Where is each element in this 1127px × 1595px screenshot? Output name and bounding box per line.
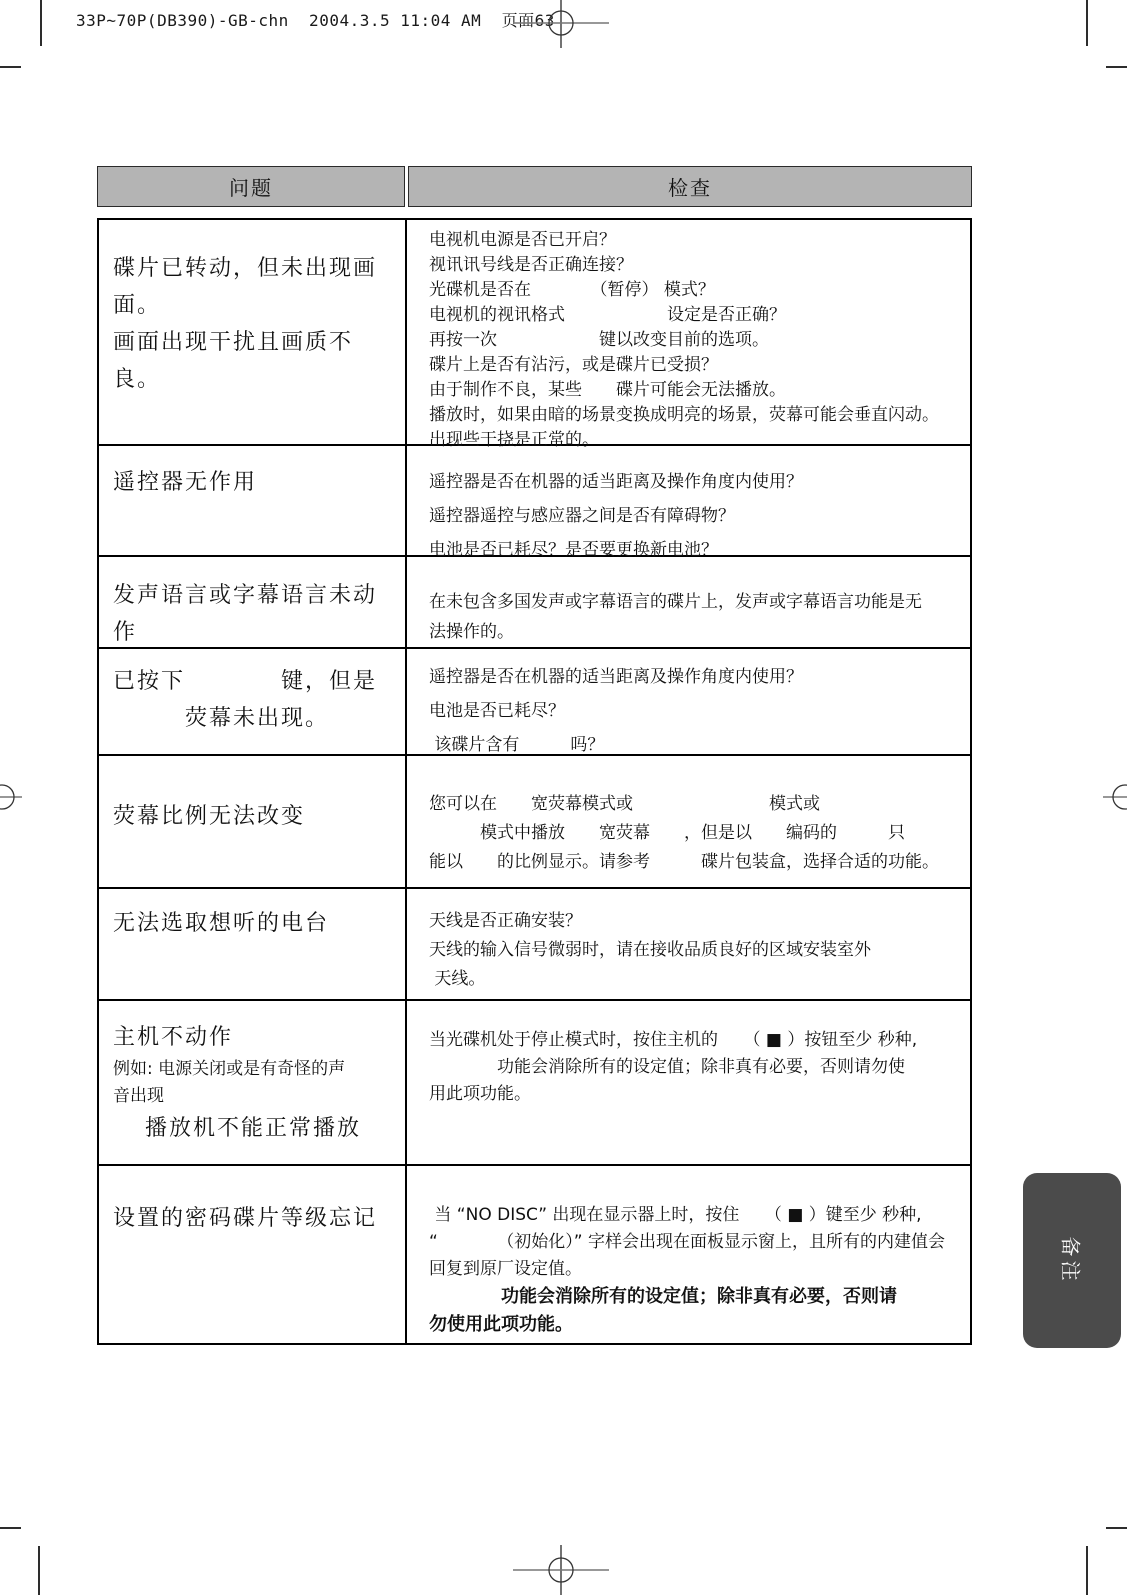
check-line: 法操作的。 — [429, 617, 962, 647]
registration-mark-right — [1089, 772, 1127, 822]
check-line: 电视机的视讯格式 设定是否正确？ — [429, 303, 962, 328]
check-line: 勿使用此项功能。 — [429, 1311, 962, 1339]
crop-mark-bottom-left-h — [0, 1527, 21, 1529]
problem-cell: 发声语言或字幕语言未动 作 — [99, 557, 407, 647]
check-line: 遥控器是否在机器的适当距离及操作角度内使用？ — [429, 470, 962, 495]
check-line: 遥控器遥控与感应器之间是否有障碍物？ — [429, 504, 962, 529]
problem-line: 例如: 电源关闭或是有奇怪的声 — [113, 1056, 399, 1083]
check-line: “ （初始化）” 字样会出现在面板显示窗上，且所有的内建值会 — [429, 1229, 962, 1256]
problem-line: 音出现 — [113, 1083, 399, 1110]
crop-mark-bottom-right-v — [1086, 1546, 1088, 1595]
check-cell: 在未包含多国发声或字幕语言的碟片上，发声或字幕语言功能是无 法操作的。 — [407, 557, 970, 647]
problem-cell: 荧幕比例无法改变 — [99, 756, 407, 887]
check-cell: 天线是否正确安装？ 天线的输入信号微弱时，请在接收品质良好的区域安装室外 天线。 — [407, 889, 970, 999]
check-line: 电池是否已耗尽？ — [429, 699, 962, 724]
problem-line: 设置的密码碟片等级忘记 — [113, 1200, 399, 1237]
crop-mark-top-right-v — [1086, 0, 1088, 46]
registration-mark-top — [511, 0, 611, 50]
check-line: 天线的输入信号微弱时，请在接收品质良好的区域安装室外 — [429, 938, 962, 963]
problem-line: 荧幕未出现。 — [113, 700, 399, 737]
table-row-aspect-ratio: 荧幕比例无法改变 您可以在 宽荧幕模式或 模式或 模式中播放 宽荧幕 ，但是以 … — [99, 756, 970, 889]
problem-line: 已按下 键，但是 — [113, 663, 399, 700]
check-cell: 遥控器是否在机器的适当距离及操作角度内使用？ 遥控器遥控与感应器之间是否有障碍物… — [407, 446, 970, 555]
check-line: 在未包含多国发声或字幕语言的碟片上，发声或字幕语言功能是无 — [429, 587, 962, 617]
crop-mark-top-left-v — [40, 0, 42, 46]
table-row-audio-subtitle-language: 发声语言或字幕语言未动 作 在未包含多国发声或字幕语言的碟片上，发声或字幕语言功… — [99, 557, 970, 649]
table-row-menu-not-appear: 已按下 键，但是 荧幕未出现。 遥控器是否在机器的适当距离及操作角度内使用？ 电… — [99, 649, 970, 756]
problem-cell: 遥控器无作用 — [99, 446, 407, 555]
problem-line: 播放机不能正常播放 — [113, 1110, 399, 1147]
check-line: 光碟机是否在 （暂停） 模式？ — [429, 278, 962, 303]
troubleshooting-table: 碟片已转动，但未出现画 面。 画面出现干扰且画质不良。 电视机电源是否已开启？ … — [97, 218, 972, 1345]
check-line: 功能会消除所有的设定值；除非真有必要，否则请勿使 — [429, 1054, 962, 1081]
table-header: 问题 检查 — [97, 166, 972, 207]
check-line: 遥控器是否在机器的适当距离及操作角度内使用？ — [429, 665, 962, 690]
check-line: 功能会消除所有的设定值；除非真有必要，否则请 — [429, 1283, 962, 1311]
check-cell: 电视机电源是否已开启？ 视讯讯号线是否正确连接？ 光碟机是否在 （暂停） 模式？… — [407, 220, 970, 444]
column-header-problem: 问题 — [97, 166, 405, 207]
chapter-tab-label: 备注 — [1058, 1237, 1087, 1285]
check-cell: 您可以在 宽荧幕模式或 模式或 模式中播放 宽荧幕 ，但是以 编码的 只 能以 … — [407, 756, 970, 887]
problem-line: 作 — [113, 614, 399, 651]
check-line: 再按一次 键以改变目前的选项。 — [429, 328, 962, 353]
problem-line: 碟片已转动，但未出现画 — [113, 250, 399, 287]
table-row-unit-not-operating: 主机不动作 例如: 电源关闭或是有奇怪的声 音出现 播放机不能正常播放 当光碟机… — [99, 1001, 970, 1166]
check-line-with-stop-icon: 当光碟机处于停止模式时，按住主机的 （ ■ ）按钮至少 秒种, — [429, 1027, 962, 1054]
check-line: 由于制作不良，某些 碟片可能会无法播放。 — [429, 378, 962, 403]
column-header-check: 检查 — [408, 166, 972, 207]
problem-line: 发声语言或字幕语言未动 — [113, 577, 399, 614]
problem-line: 遥控器无作用 — [113, 464, 399, 501]
chapter-tab-notes: 备注 — [1023, 1173, 1121, 1348]
check-cell: 当光碟机处于停止模式时，按住主机的 （ ■ ）按钮至少 秒种, 功能会消除所有的… — [407, 1001, 970, 1164]
crop-mark-bottom-left-v — [38, 1546, 40, 1595]
check-line: 天线是否正确安装？ — [429, 909, 962, 934]
check-line: 该碟片含有 吗？ — [429, 733, 962, 758]
check-line: 视讯讯号线是否正确连接？ — [429, 253, 962, 278]
problem-line: 荧幕比例无法改变 — [113, 798, 399, 835]
problem-cell: 设置的密码碟片等级忘记 — [99, 1166, 407, 1343]
check-cell: 遥控器是否在机器的适当距离及操作角度内使用？ 电池是否已耗尽？ 该碟片含有 吗？ — [407, 649, 970, 754]
check-line: 碟片上是否有沾污，或是碟片已受损？ — [429, 353, 962, 378]
check-line: 用此项功能。 — [429, 1081, 962, 1108]
problem-line: 画面出现干扰且画质不良。 — [113, 324, 399, 398]
check-line: 播放时，如果由暗的场景变换成明亮的场景，荧幕可能会垂直闪动。 — [429, 403, 962, 428]
problem-line: 面。 — [113, 287, 399, 324]
crop-mark-top-left-h — [0, 66, 21, 68]
check-line: 回复到原厂设定值。 — [429, 1256, 962, 1283]
problem-cell: 已按下 键，但是 荧幕未出现。 — [99, 649, 407, 754]
check-line: 能以 的比例显示。请参考 碟片包装盒，选择合适的功能。 — [429, 848, 962, 877]
problem-line: 无法选取想听的电台 — [113, 905, 399, 942]
crop-mark-bottom-right-h — [1106, 1527, 1127, 1529]
table-row-radio-station: 无法选取想听的电台 天线是否正确安装？ 天线的输入信号微弱时，请在接收品质良好的… — [99, 889, 970, 1001]
registration-mark-bottom — [511, 1545, 611, 1595]
problem-cell: 无法选取想听的电台 — [99, 889, 407, 999]
problem-cell: 主机不动作 例如: 电源关闭或是有奇怪的声 音出现 播放机不能正常播放 — [99, 1001, 407, 1164]
problem-line: 主机不动作 — [113, 1019, 399, 1056]
table-row-remote-not-working: 遥控器无作用 遥控器是否在机器的适当距离及操作角度内使用？ 遥控器遥控与感应器之… — [99, 446, 970, 557]
registration-mark-left — [0, 772, 38, 822]
check-line: 天线。 — [429, 967, 962, 992]
check-line: 电视机电源是否已开启？ — [429, 228, 962, 253]
print-header: 33P~70P(DB390)-GB-chn 2004.3.5 11:04 AM … — [76, 8, 555, 31]
check-line: 模式中播放 宽荧幕 ，但是以 编码的 只 — [429, 819, 962, 848]
check-line: 您可以在 宽荧幕模式或 模式或 — [429, 790, 962, 819]
manual-page: 33P~70P(DB390)-GB-chn 2004.3.5 11:04 AM … — [0, 0, 1127, 1595]
table-row-disc-no-picture: 碟片已转动，但未出现画 面。 画面出现干扰且画质不良。 电视机电源是否已开启？ … — [99, 220, 970, 446]
crop-mark-top-right-h — [1106, 66, 1127, 68]
check-line-with-stop-icon: 当 “NO DISC” 出现在显示器上时，按住 （ ■ ）键至少 秒种, — [429, 1202, 962, 1229]
table-row-password-rating-forgotten: 设置的密码碟片等级忘记 当 “NO DISC” 出现在显示器上时，按住 （ ■ … — [99, 1166, 970, 1343]
check-cell: 当 “NO DISC” 出现在显示器上时，按住 （ ■ ）键至少 秒种, “ （… — [407, 1166, 970, 1343]
problem-cell: 碟片已转动，但未出现画 面。 画面出现干扰且画质不良。 — [99, 220, 407, 444]
